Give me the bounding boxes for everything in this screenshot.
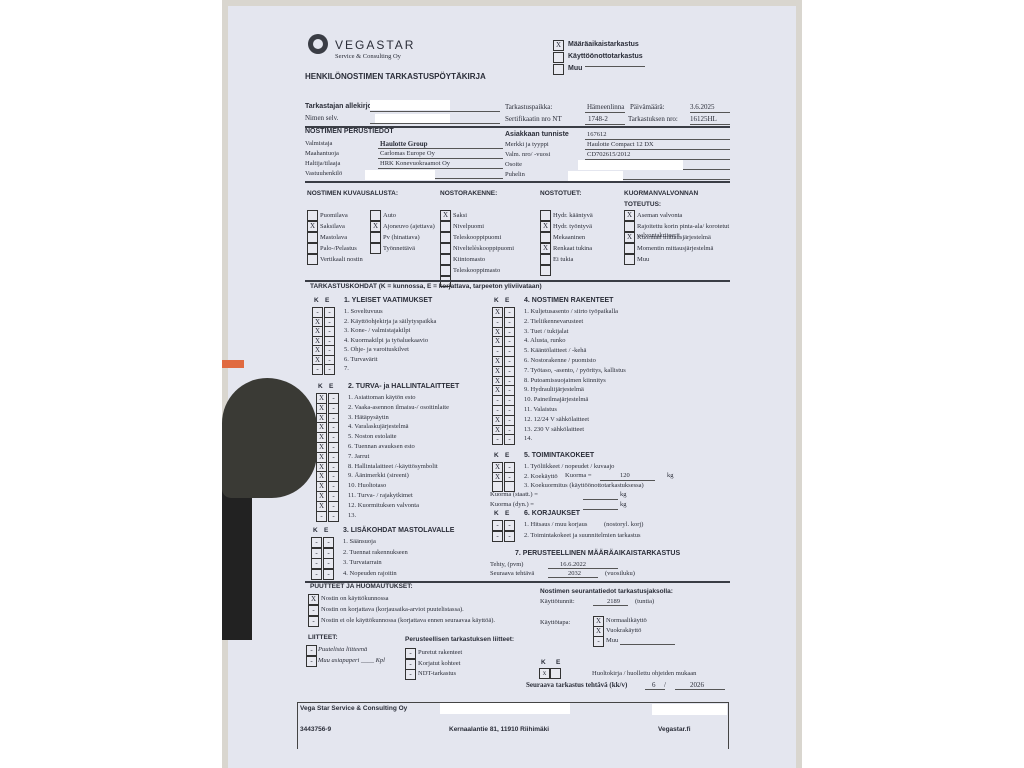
done-label: Tehty, (pvm) xyxy=(490,561,523,568)
fill-line xyxy=(585,66,645,67)
thorough-attachment-checkbox[interactable]: - xyxy=(405,648,416,659)
category-option: Nivelpuomi xyxy=(453,222,513,231)
function-tests-title: 5. TOIMINTAKOKEET xyxy=(524,452,594,459)
service-e-checkbox[interactable] xyxy=(550,668,561,679)
divider xyxy=(305,181,730,183)
fill-line xyxy=(378,168,503,169)
k-checkbox[interactable]: - xyxy=(311,537,322,548)
safety-controls-item: 5. Noston estolaite xyxy=(348,433,397,440)
category-checkbox[interactable] xyxy=(540,210,551,221)
footer-company: Vega Star Service & Consulting Oy xyxy=(300,705,407,712)
fill-line xyxy=(378,148,503,149)
attachment-item: Puutelista liitteenä xyxy=(318,646,367,653)
e-header: E xyxy=(325,297,329,304)
lift-structures-item: 7. Työtaso, -asento, / pyöritys, kallist… xyxy=(524,367,626,374)
e-header: E xyxy=(505,510,509,517)
service-label: Huoltokirja / huollettu ohjeiden mukaan xyxy=(592,670,696,677)
category-option: Momentin mittausjärjestelmä xyxy=(637,244,737,253)
safety-controls-item: 10. Huoltotaso xyxy=(348,482,386,489)
mast-platform-item: 3. Turvatarrain xyxy=(343,559,382,566)
lift-structures-item: 3. Tuet / tukijalat xyxy=(524,328,568,335)
static-load-label: Kuorma (staatt.) = xyxy=(490,491,538,498)
category-checkbox[interactable] xyxy=(440,243,451,254)
safety-controls-item: 8. Hallintalaitteet /-käyttösymbolit xyxy=(348,463,438,470)
repairs-item-note: (nostoryl. korj) xyxy=(604,521,643,528)
e-header: E xyxy=(556,659,560,666)
inspection-type-checkbox[interactable] xyxy=(553,52,564,63)
k-header: K xyxy=(494,510,499,517)
fill-line xyxy=(585,139,730,140)
safety-controls-item: 7. Jarrut xyxy=(348,453,369,460)
k-header: K xyxy=(318,383,323,390)
category-checkbox[interactable] xyxy=(440,254,451,265)
e-checkbox[interactable]: - xyxy=(323,558,334,569)
next-inspection-label: Seuraava tarkastus tehtävä (kk/v) xyxy=(526,681,627,689)
inspection-number-label: Tarkastuksen nro: xyxy=(628,115,678,123)
k-checkbox[interactable]: - xyxy=(492,531,503,542)
k-header: K xyxy=(494,452,499,459)
fill-line xyxy=(370,111,500,112)
thorough-attachment-checkbox[interactable]: - xyxy=(405,659,416,670)
category-option: Saksi xyxy=(453,211,513,220)
inspection-form-paper: VEGASTARService & Consulting OyHENKILÖNO… xyxy=(228,6,796,768)
attachment-item: Muu asiapaperi ____ Kpl xyxy=(318,657,385,664)
k-checkbox[interactable]: - xyxy=(316,511,327,522)
basic-info-title: NOSTIMEN PERUSTIEDOT xyxy=(305,128,394,135)
hours-unit: (tuntia) xyxy=(635,598,654,605)
inspection-type-checkbox[interactable]: X xyxy=(553,40,564,51)
category-option: Niveltelèskooppipuomi xyxy=(453,244,513,253)
remarks-item: Nostin on käyttökunnossa xyxy=(321,595,389,602)
basic-info-label: Haltija/tilaaja xyxy=(305,160,340,167)
safety-controls-item: 1. Asiattoman käytön esto xyxy=(348,394,416,401)
inspection-type-label: Muu xyxy=(568,65,582,72)
category-checkbox[interactable] xyxy=(370,232,381,243)
thorough-attachment-item: Puretut rakenteet xyxy=(418,649,462,656)
category-option: Hydr. kääntyvä xyxy=(553,211,613,220)
e-checkbox[interactable]: - xyxy=(504,434,515,445)
safety-controls-item: 3. Hätäpysäytin xyxy=(348,414,389,421)
basic-info-label: Osoite xyxy=(505,161,522,168)
monitoring-title: Nostimen seurantatiedot tarkastusjaksoll… xyxy=(540,588,673,595)
k-header: K xyxy=(314,297,319,304)
lift-structures-item: 10. Paineilmajärjestelmä xyxy=(524,396,588,403)
divider xyxy=(305,280,730,282)
general-requirements-title: 1. YLEISET VAATIMUKSET xyxy=(344,297,432,304)
basic-info-label: Merkki ja tyyppi xyxy=(505,141,549,148)
redacted-area xyxy=(365,170,435,180)
safety-controls-item: 13. xyxy=(348,512,356,519)
lift-structures-title: 4. NOSTIMEN RAKENTEET xyxy=(524,297,613,304)
category-checkbox[interactable] xyxy=(624,243,635,254)
function-tests-item: 3. Koekuormitus (käyttöönottotarkastukse… xyxy=(524,482,644,489)
redacted-area xyxy=(578,160,683,170)
category-option: Mekaaninen xyxy=(553,233,613,242)
k-checkbox[interactable]: - xyxy=(492,434,503,445)
lift-structures-item: 9. Hydrauliijärjestelmä xyxy=(524,386,584,393)
e-checkbox[interactable]: - xyxy=(323,537,334,548)
category-checkbox[interactable] xyxy=(370,243,381,254)
category-title: ALUSTA: xyxy=(370,188,440,199)
e-header: E xyxy=(329,383,333,390)
category-checkbox[interactable] xyxy=(307,232,318,243)
e-checkbox[interactable]: - xyxy=(324,364,335,375)
lift-structures-item: 14. xyxy=(524,435,532,442)
lift-structures-item: 4. Alusta, runko xyxy=(524,337,566,344)
category-option: Pv (hinattava) xyxy=(383,233,443,242)
fill-line xyxy=(600,480,655,481)
category-option: Muu xyxy=(637,255,737,264)
footer-business-id: 3443756-9 xyxy=(300,726,331,733)
category-checkbox[interactable]: X xyxy=(370,221,381,232)
safety-controls-item: 2. Vaaka-asennon ilmaisu-/ osoitinlaite xyxy=(348,404,449,411)
remarks-item: Nostin ei ole käyttökunnossa (korjattava… xyxy=(321,617,495,624)
category-checkbox[interactable] xyxy=(624,221,635,232)
basic-info-value: 167612 xyxy=(587,131,607,138)
category-title: KUORMANVALVONNAN TOTEUTUS: xyxy=(624,188,734,210)
e-checkbox[interactable]: - xyxy=(504,520,515,531)
hours-label: Käyttötunnit: xyxy=(540,598,575,605)
place-label: Tarkastuspaikka: xyxy=(505,103,552,111)
repairs-title: 6. KORJAUKSET xyxy=(524,510,580,517)
load-value: 120 xyxy=(620,472,630,479)
fill-line xyxy=(548,577,598,578)
fill-line xyxy=(690,124,730,125)
thorough-attachment-item: NDT-tarkastus xyxy=(418,670,456,677)
mast-platform-title: 3. LISÄKOHDAT MASTOLAVALLE xyxy=(343,527,454,534)
category-option: Teleskooppimasto xyxy=(453,266,513,275)
function-tests-item: 1. Työliikkeet / nopeudet / kuvaajo xyxy=(524,463,614,470)
usage-option: Normaalikäyttö xyxy=(606,617,647,624)
k-header: K xyxy=(494,297,499,304)
category-title: NOSTORAKENNE: xyxy=(440,188,510,199)
lift-structures-item: 13. 230 V sähkölaitteet xyxy=(524,426,584,433)
lift-structures-item: 2. Tieliikennevarusteet xyxy=(524,318,583,325)
cert-value: 1748-2 xyxy=(588,115,608,123)
name-label: Nimen selv. xyxy=(305,114,338,122)
inspection-type-checkbox[interactable] xyxy=(553,64,564,75)
thorough-attachment-item: Korjatut kohteet xyxy=(418,660,460,667)
function-tests-item: 2. Koekäyttö xyxy=(524,473,558,480)
general-requirements-item: 6. Turvavärit xyxy=(344,356,378,363)
category-checkbox[interactable] xyxy=(307,254,318,265)
gear-logo-icon xyxy=(308,34,328,54)
mast-platform-item: 1. Säänsuoja xyxy=(343,538,376,545)
lift-structures-item: 8. Putoamissuojaimen kiinnitys xyxy=(524,377,606,384)
repairs-item: 1. Hitsaus / muu korjaus xyxy=(524,521,587,528)
basic-info-label: Valmistaja xyxy=(305,140,332,147)
fill-line xyxy=(583,499,618,500)
basic-info-label: Asiakkaan tunniste xyxy=(505,131,569,138)
fill-line xyxy=(585,124,625,125)
usage-label: Käyttötapa: xyxy=(540,619,570,626)
category-option: Kuorman mittausjärjestelmä xyxy=(637,233,737,242)
category-option: Ei tukia xyxy=(553,255,613,264)
safety-controls-item: 6. Tuennan avauksen esto xyxy=(348,443,415,450)
safety-controls-title: 2. TURVA- ja HALLINTALAITTEET xyxy=(348,383,459,390)
category-option: Aseman valvonta xyxy=(637,211,737,220)
next-inspection-month: 6 xyxy=(652,681,656,689)
redacted-area xyxy=(568,171,623,181)
footer-website: Vegastar.fi xyxy=(658,726,691,733)
thorough-attachment-checkbox[interactable]: - xyxy=(405,669,416,680)
fill-line xyxy=(370,123,500,124)
basic-info-value: CD702615/2012 xyxy=(587,151,630,158)
category-option: Ajoneuvo (ajettava) xyxy=(383,222,443,231)
lift-structures-item: 1. Kuljetusasento / siirto työpaikalla xyxy=(524,308,618,315)
usage-option: Vuokrakäyttö xyxy=(606,627,641,634)
general-requirements-item: 7. xyxy=(344,365,349,372)
category-checkbox[interactable] xyxy=(440,232,451,243)
safety-controls-item: 4. Varalaskujärjestelmä xyxy=(348,423,409,430)
general-requirements-item: 5. Ohje- ja varoituskilvet xyxy=(344,346,409,353)
category-checkbox[interactable] xyxy=(307,210,318,221)
hours-value: 2189 xyxy=(607,598,620,605)
orange-object xyxy=(222,360,244,368)
k-header: K xyxy=(313,527,318,534)
k-checkbox[interactable]: - xyxy=(311,558,322,569)
e-header: E xyxy=(505,452,509,459)
attachment-checkbox[interactable]: - xyxy=(306,645,317,656)
date-label: Päivämäärä: xyxy=(630,103,665,111)
inspection-type-label: Määräaikaistarkastus xyxy=(568,41,639,48)
slash: / xyxy=(664,681,666,689)
remarks-title: PUUTTEET JA HUOMAUTUKSET: xyxy=(310,583,413,590)
category-checkbox[interactable] xyxy=(624,254,635,265)
mast-platform-item: 2. Tuennat rakennukseen xyxy=(343,549,408,556)
category-checkbox[interactable] xyxy=(540,232,551,243)
mast-platform-item: 4. Nopeuden rajoitin xyxy=(343,570,397,577)
static-load-unit: kg xyxy=(620,491,627,498)
footer-address: Kernaalantie 81, 11910 Riihimäki xyxy=(449,726,549,733)
category-checkbox[interactable]: X xyxy=(624,210,635,221)
e-header: E xyxy=(505,297,509,304)
category-option: Hydr. työntyvä xyxy=(553,222,613,231)
redacted-area xyxy=(652,704,727,715)
safety-controls-item: 12. Kuormituksen valvonta xyxy=(348,502,419,509)
service-k-checkbox[interactable]: x xyxy=(539,668,550,679)
inspection-type-label: Käyttöönottotarkastus xyxy=(568,53,643,60)
fill-line xyxy=(583,509,618,510)
document-title: HENKILÖNOSTIMEN TARKASTUSPÖYTÄKIRJA xyxy=(305,72,486,81)
usage-option: Muu xyxy=(606,637,618,644)
fill-line xyxy=(645,689,665,690)
fill-line xyxy=(585,112,625,113)
category-checkbox[interactable]: X xyxy=(307,221,318,232)
inspection-number-value: 16125HL xyxy=(690,115,717,123)
general-requirements-item: 4. Kuormakilpi ja työaluekaavio xyxy=(344,337,428,344)
logo-subtitle: Service & Consulting Oy xyxy=(335,53,401,60)
fill-line xyxy=(675,689,725,690)
lift-structures-item: 12. 12/24 V sähkölaitteet xyxy=(524,416,589,423)
basic-info-value: Haulotte Compact 12 DX xyxy=(587,141,654,148)
category-checkbox[interactable] xyxy=(540,265,551,276)
k-checkbox[interactable]: - xyxy=(311,569,322,580)
load-label: Kuorma = xyxy=(565,472,592,479)
safety-controls-item: 11. Turva- / rajakytkimet xyxy=(348,492,413,499)
basic-info-label: Maahantuoja xyxy=(305,150,339,157)
usage-checkbox[interactable]: - xyxy=(593,636,604,647)
dynamic-load-label: Kuorma (dyn.) = xyxy=(490,501,534,508)
fill-line xyxy=(620,644,675,645)
category-checkbox[interactable]: X xyxy=(540,243,551,254)
next-thorough-label: Seuraava tehtävä xyxy=(490,570,534,577)
checks-title: TARKASTUSKOHDAT (K = kunnossa, E = korja… xyxy=(310,283,542,290)
basic-info-label: Vastuuhenkilö xyxy=(305,170,342,177)
basic-info-value: HRK Konevuokraamot Oy xyxy=(380,160,450,167)
thumb xyxy=(222,378,317,498)
basic-info-value: Haulotte Group xyxy=(380,140,428,148)
safety-controls-item: 9. Äänimerkki (sireeni) xyxy=(348,472,409,479)
basic-info-label: Puhelin xyxy=(505,171,525,178)
attachments-title: LIITTEET: xyxy=(308,634,338,641)
category-checkbox[interactable]: X xyxy=(440,210,451,221)
general-requirements-item: 1. Soveltuvuus xyxy=(344,308,383,315)
thorough-inspection-title: 7. PERUSTEELLINEN MÄÄRÄAIKAISTARKASTUS xyxy=(515,550,680,557)
category-option: Työnnettävä xyxy=(383,244,443,253)
category-title: NOSTOTUET: xyxy=(540,188,610,199)
e-checkbox[interactable]: - xyxy=(323,569,334,580)
lift-structures-item: 5. Kääntölaitteet / -kehä xyxy=(524,347,586,354)
category-title: NOSTIMEN KUVAUS: xyxy=(307,188,377,199)
basic-info-label: Valm. nro/ -vuosi xyxy=(505,151,550,158)
place-value: Hämeenlinna xyxy=(587,103,624,111)
general-requirements-item: 2. Käyttöohjekirja ja säilytyspaikka xyxy=(344,318,436,325)
fill-line xyxy=(585,149,730,150)
e-checkbox[interactable]: - xyxy=(328,511,339,522)
dynamic-load-unit: kg xyxy=(620,501,627,508)
redacted-area xyxy=(440,703,570,714)
fill-line xyxy=(378,158,503,159)
category-checkbox[interactable] xyxy=(307,243,318,254)
done-value: 16.6.2022 xyxy=(560,561,586,568)
k-checkbox[interactable]: - xyxy=(312,364,323,375)
lift-structures-item: 6. Nostorakenne / puomisto xyxy=(524,357,596,364)
redacted-area xyxy=(370,100,450,110)
next-inspection-year: 2026 xyxy=(690,681,704,689)
date-value: 3.6.2025 xyxy=(690,103,715,111)
attachment-checkbox[interactable]: - xyxy=(306,656,317,667)
category-checkbox[interactable] xyxy=(440,221,451,232)
fill-line xyxy=(548,568,618,569)
category-checkbox[interactable]: X xyxy=(540,221,551,232)
fill-line xyxy=(593,605,628,606)
e-checkbox[interactable]: - xyxy=(323,548,334,559)
logo-name: VEGASTAR xyxy=(335,38,415,52)
next-thorough-unit: (vuosiluku) xyxy=(605,570,635,577)
remarks-checkbox[interactable]: X xyxy=(308,594,319,605)
lift-structures-item: 11. Valaistus xyxy=(524,406,557,413)
e-checkbox[interactable]: - xyxy=(504,531,515,542)
k-header: K xyxy=(541,659,546,666)
remarks-item: Nostin on korjattava (korjausaika-arviot… xyxy=(321,606,464,613)
category-checkbox[interactable] xyxy=(440,265,451,276)
category-checkbox[interactable] xyxy=(540,254,551,265)
basic-info-value: Carlomas Europe Oy xyxy=(380,150,435,157)
cert-label: Sertifikaatin nro NT xyxy=(505,115,562,123)
general-requirements-item: 3. Kone- / valmistajakilpi xyxy=(344,327,410,334)
load-unit: kg xyxy=(667,472,674,479)
repairs-item: 2. Toimintakokeet ja suunnitelmien tarka… xyxy=(524,532,641,539)
k-checkbox[interactable]: - xyxy=(492,520,503,531)
next-thorough-value: 2032 xyxy=(568,570,581,577)
fill-line xyxy=(690,112,730,113)
category-checkbox[interactable]: X xyxy=(624,232,635,243)
category-option: Renkaat tukina xyxy=(553,244,613,253)
k-checkbox[interactable]: - xyxy=(311,548,322,559)
category-checkbox[interactable] xyxy=(370,210,381,221)
remarks-checkbox[interactable]: - xyxy=(308,605,319,616)
category-option: Kiintomasto xyxy=(453,255,513,264)
remarks-checkbox[interactable]: - xyxy=(308,616,319,627)
e-header: E xyxy=(324,527,328,534)
category-option: Vertikaali nostin xyxy=(320,255,380,264)
category-option: Teleskooppipuomi xyxy=(453,233,513,242)
thorough-attachments-title: Perusteellisen tarkastuksen liitteet: xyxy=(405,636,514,643)
category-option: Auto xyxy=(383,211,443,220)
